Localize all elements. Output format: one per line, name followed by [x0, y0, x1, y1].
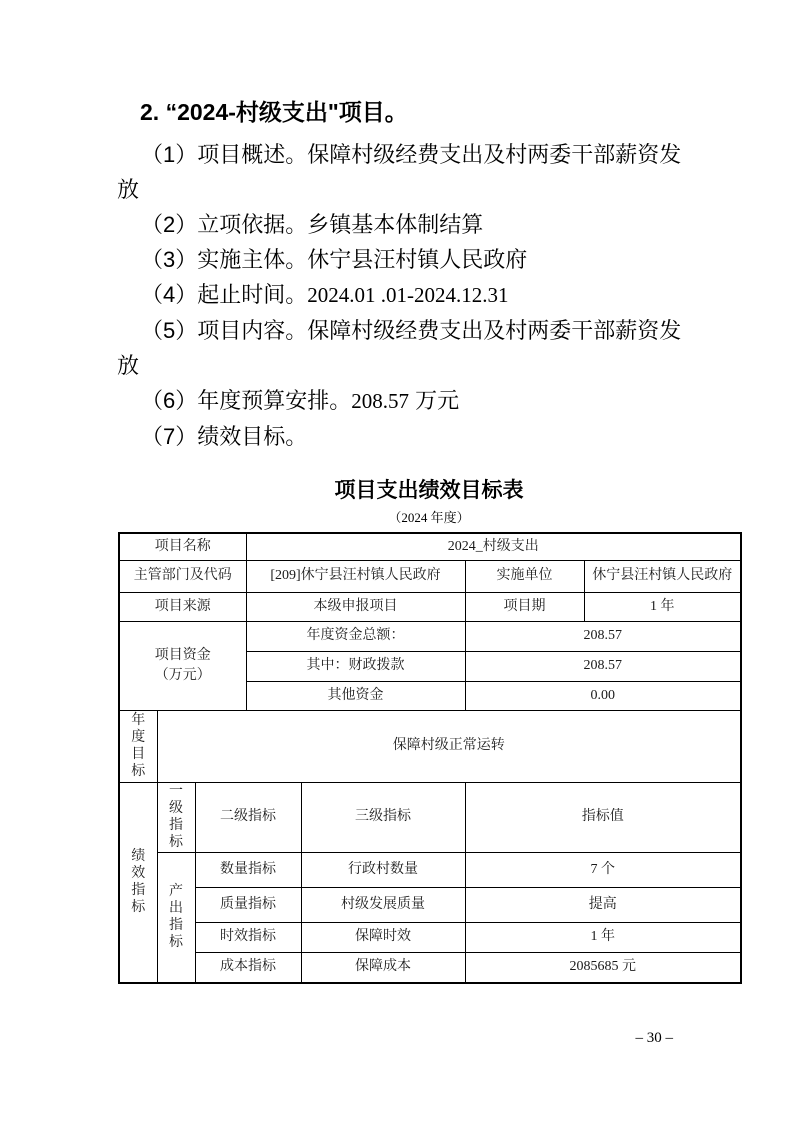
indicator-l3: 保障成本: [301, 952, 465, 983]
funds-label: 项目资金 （万元）: [119, 621, 246, 710]
other-funds-label: 其他资金: [246, 681, 465, 710]
indicator-value: 1 年: [465, 922, 741, 952]
annual-total-value: 208.57: [465, 621, 741, 651]
other-funds-value: 0.00: [465, 681, 741, 710]
indicator-l2: 数量指标: [195, 852, 301, 887]
annual-goal-label: 年度目标: [119, 710, 157, 782]
para-overview-line1: （1）项目概述。保障村级经费支出及村两委干部薪资发: [117, 137, 675, 172]
value-header: 指标值: [465, 782, 741, 852]
indicator-l2: 质量指标: [195, 887, 301, 922]
level1-header: 一级指标: [157, 782, 195, 852]
para-content-line1: （5）项目内容。保障村级经费支出及村两委干部薪资发: [117, 313, 675, 348]
para-budget: （6）年度预算安排。208.57 万元: [117, 383, 675, 419]
fiscal-value: 208.57: [465, 651, 741, 681]
document-page: 2. “2024-村级支出"项目。 （1）项目概述。保障村级经费支出及村两委干部…: [0, 0, 793, 1122]
annual-goal-value: 保障村级正常运转: [157, 710, 741, 782]
level1-header-text: 一级指标: [169, 783, 183, 851]
table-row: 质量指标 村级发展质量 提高: [119, 887, 741, 922]
annual-total-label: 年度资金总额：: [246, 621, 465, 651]
indicators-section-label: 绩效指标: [119, 782, 157, 983]
funds-label-text: 项目资金 （万元）: [155, 648, 211, 683]
table-row: 绩效指标 一级指标 二级指标 三级指标 指标值: [119, 782, 741, 852]
level2-header: 二级指标: [195, 782, 301, 852]
project-name-label: 项目名称: [119, 533, 246, 560]
source-value: 本级申报项目: [246, 592, 465, 621]
para-budget-unit: 万元: [409, 388, 459, 413]
page-number: – 30 –: [636, 1030, 674, 1047]
indicator-l3: 行政村数量: [301, 852, 465, 887]
table-subtitle-year: （2024 年度）: [118, 510, 740, 526]
table-row: 成本指标 保障成本 2085685 元: [119, 952, 741, 983]
para-budget-amount: 208.57: [351, 389, 409, 413]
output-indicator-label: 产出指标: [157, 852, 195, 983]
output-indicator-label-text: 产出指标: [169, 883, 183, 951]
annual-goal-label-text: 年度目标: [131, 712, 145, 780]
indicator-l2: 时效指标: [195, 922, 301, 952]
table-row: 项目名称 2024_村级支出: [119, 533, 741, 560]
indicator-value: 7 个: [465, 852, 741, 887]
performance-target-table: 项目名称 2024_村级支出 主管部门及代码 [209]休宁县汪村镇人民政府 实…: [118, 532, 742, 984]
indicator-l3: 保障时效: [301, 922, 465, 952]
period-value: 1 年: [584, 592, 741, 621]
period-label: 项目期: [465, 592, 584, 621]
table-title: 项目支出绩效目标表: [118, 478, 740, 502]
table-row: 年度目标 保障村级正常运转: [119, 710, 741, 782]
para-basis: （2）立项依据。乡镇基本体制结算: [117, 207, 675, 242]
impl-unit-label: 实施单位: [465, 560, 584, 592]
table-row: 项目资金 （万元） 年度资金总额： 208.57: [119, 621, 741, 651]
project-name-value: 2024_村级支出: [246, 533, 741, 560]
table-row: 时效指标 保障时效 1 年: [119, 922, 741, 952]
para-content-line2: 放: [117, 348, 675, 383]
indicator-l2: 成本指标: [195, 952, 301, 983]
table-row: 主管部门及代码 [209]休宁县汪村镇人民政府 实施单位 休宁县汪村镇人民政府: [119, 560, 741, 592]
para-overview-line2: 放: [117, 172, 675, 207]
dept-value: [209]休宁县汪村镇人民政府: [246, 560, 465, 592]
para-duration-label: （4）起止时间。: [141, 282, 307, 307]
source-label: 项目来源: [119, 592, 246, 621]
dept-label: 主管部门及代码: [119, 560, 246, 592]
indicator-value: 提高: [465, 887, 741, 922]
para-duration-dates: 2024.01 .01-2024.12.31: [307, 283, 508, 307]
indicator-value: 2085685 元: [465, 952, 741, 983]
impl-unit-value: 休宁县汪村镇人民政府: [584, 560, 741, 592]
fiscal-label: 其中：财政拨款: [246, 651, 465, 681]
level3-header: 三级指标: [301, 782, 465, 852]
para-budget-label: （6）年度预算安排。: [141, 388, 351, 413]
table-row: 产出指标 数量指标 行政村数量 7 个: [119, 852, 741, 887]
indicators-section-label-text: 绩效指标: [131, 848, 145, 916]
para-implementer: （3）实施主体。休宁县汪村镇人民政府: [117, 242, 675, 277]
para-performance-goal: （7）绩效目标。: [117, 419, 675, 454]
project-summary: （1）项目概述。保障村级经费支出及村两委干部薪资发 放 （2）立项依据。乡镇基本…: [117, 137, 675, 454]
table-row: 项目来源 本级申报项目 项目期 1 年: [119, 592, 741, 621]
para-duration: （4）起止时间。2024.01 .01-2024.12.31: [117, 277, 675, 313]
section-heading: 2. “2024-村级支出"项目。: [0, 0, 793, 127]
indicator-l3: 村级发展质量: [301, 887, 465, 922]
